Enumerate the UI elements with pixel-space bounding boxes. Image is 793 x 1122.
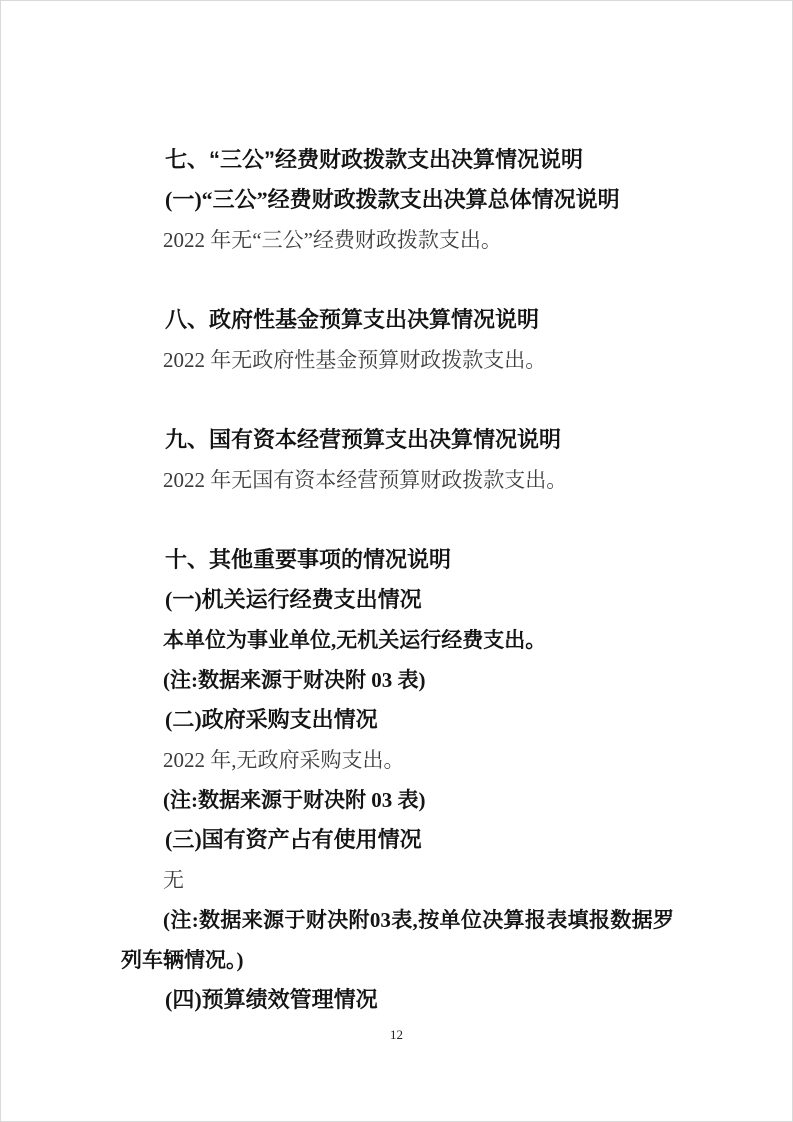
sub-section-heading: (三)国有资产占有使用情况 [121, 820, 674, 860]
document-content: 七、“三公”经费财政拨款支出决算情况说明(一)“三公”经费财政拨款支出决算总体情… [121, 140, 674, 1020]
body-paragraph: 无 [121, 860, 674, 900]
document-page: 七、“三公”经费财政拨款支出决算情况说明(一)“三公”经费财政拨款支出决算总体情… [0, 0, 793, 1122]
sub-section-heading: (二)政府采购支出情况 [121, 700, 674, 740]
body-paragraph: 2022 年,无政府采购支出。 [121, 740, 674, 780]
sub-section-heading: (一)机关运行经费支出情况 [121, 580, 674, 620]
note-paragraph: (注:数据来源于财决附03表,按单位决算报表填报数据罗列车辆情况。) [121, 900, 674, 980]
section-heading: 十、其他重要事项的情况说明 [121, 540, 674, 580]
note-paragraph: (注:数据来源于财决附 03 表) [121, 780, 674, 820]
body-paragraph: 2022 年无国有资本经营预算财政拨款支出。 [121, 460, 674, 500]
page-number: 12 [1, 1025, 792, 1045]
emphasis-paragraph: 本单位为事业单位,无机关运行经费支出。 [121, 620, 674, 660]
body-paragraph: 2022 年无“三公”经费财政拨款支出。 [121, 220, 674, 260]
section-heading: 九、国有资本经营预算支出决算情况说明 [121, 420, 674, 460]
section-heading: 八、政府性基金预算支出决算情况说明 [121, 300, 674, 340]
body-paragraph: 2022 年无政府性基金预算财政拨款支出。 [121, 340, 674, 380]
sub-section-heading: (四)预算绩效管理情况 [121, 980, 674, 1020]
section-heading: 七、“三公”经费财政拨款支出决算情况说明 [121, 140, 674, 180]
sub-section-heading: (一)“三公”经费财政拨款支出决算总体情况说明 [121, 180, 674, 220]
note-paragraph: (注:数据来源于财决附 03 表) [121, 660, 674, 700]
